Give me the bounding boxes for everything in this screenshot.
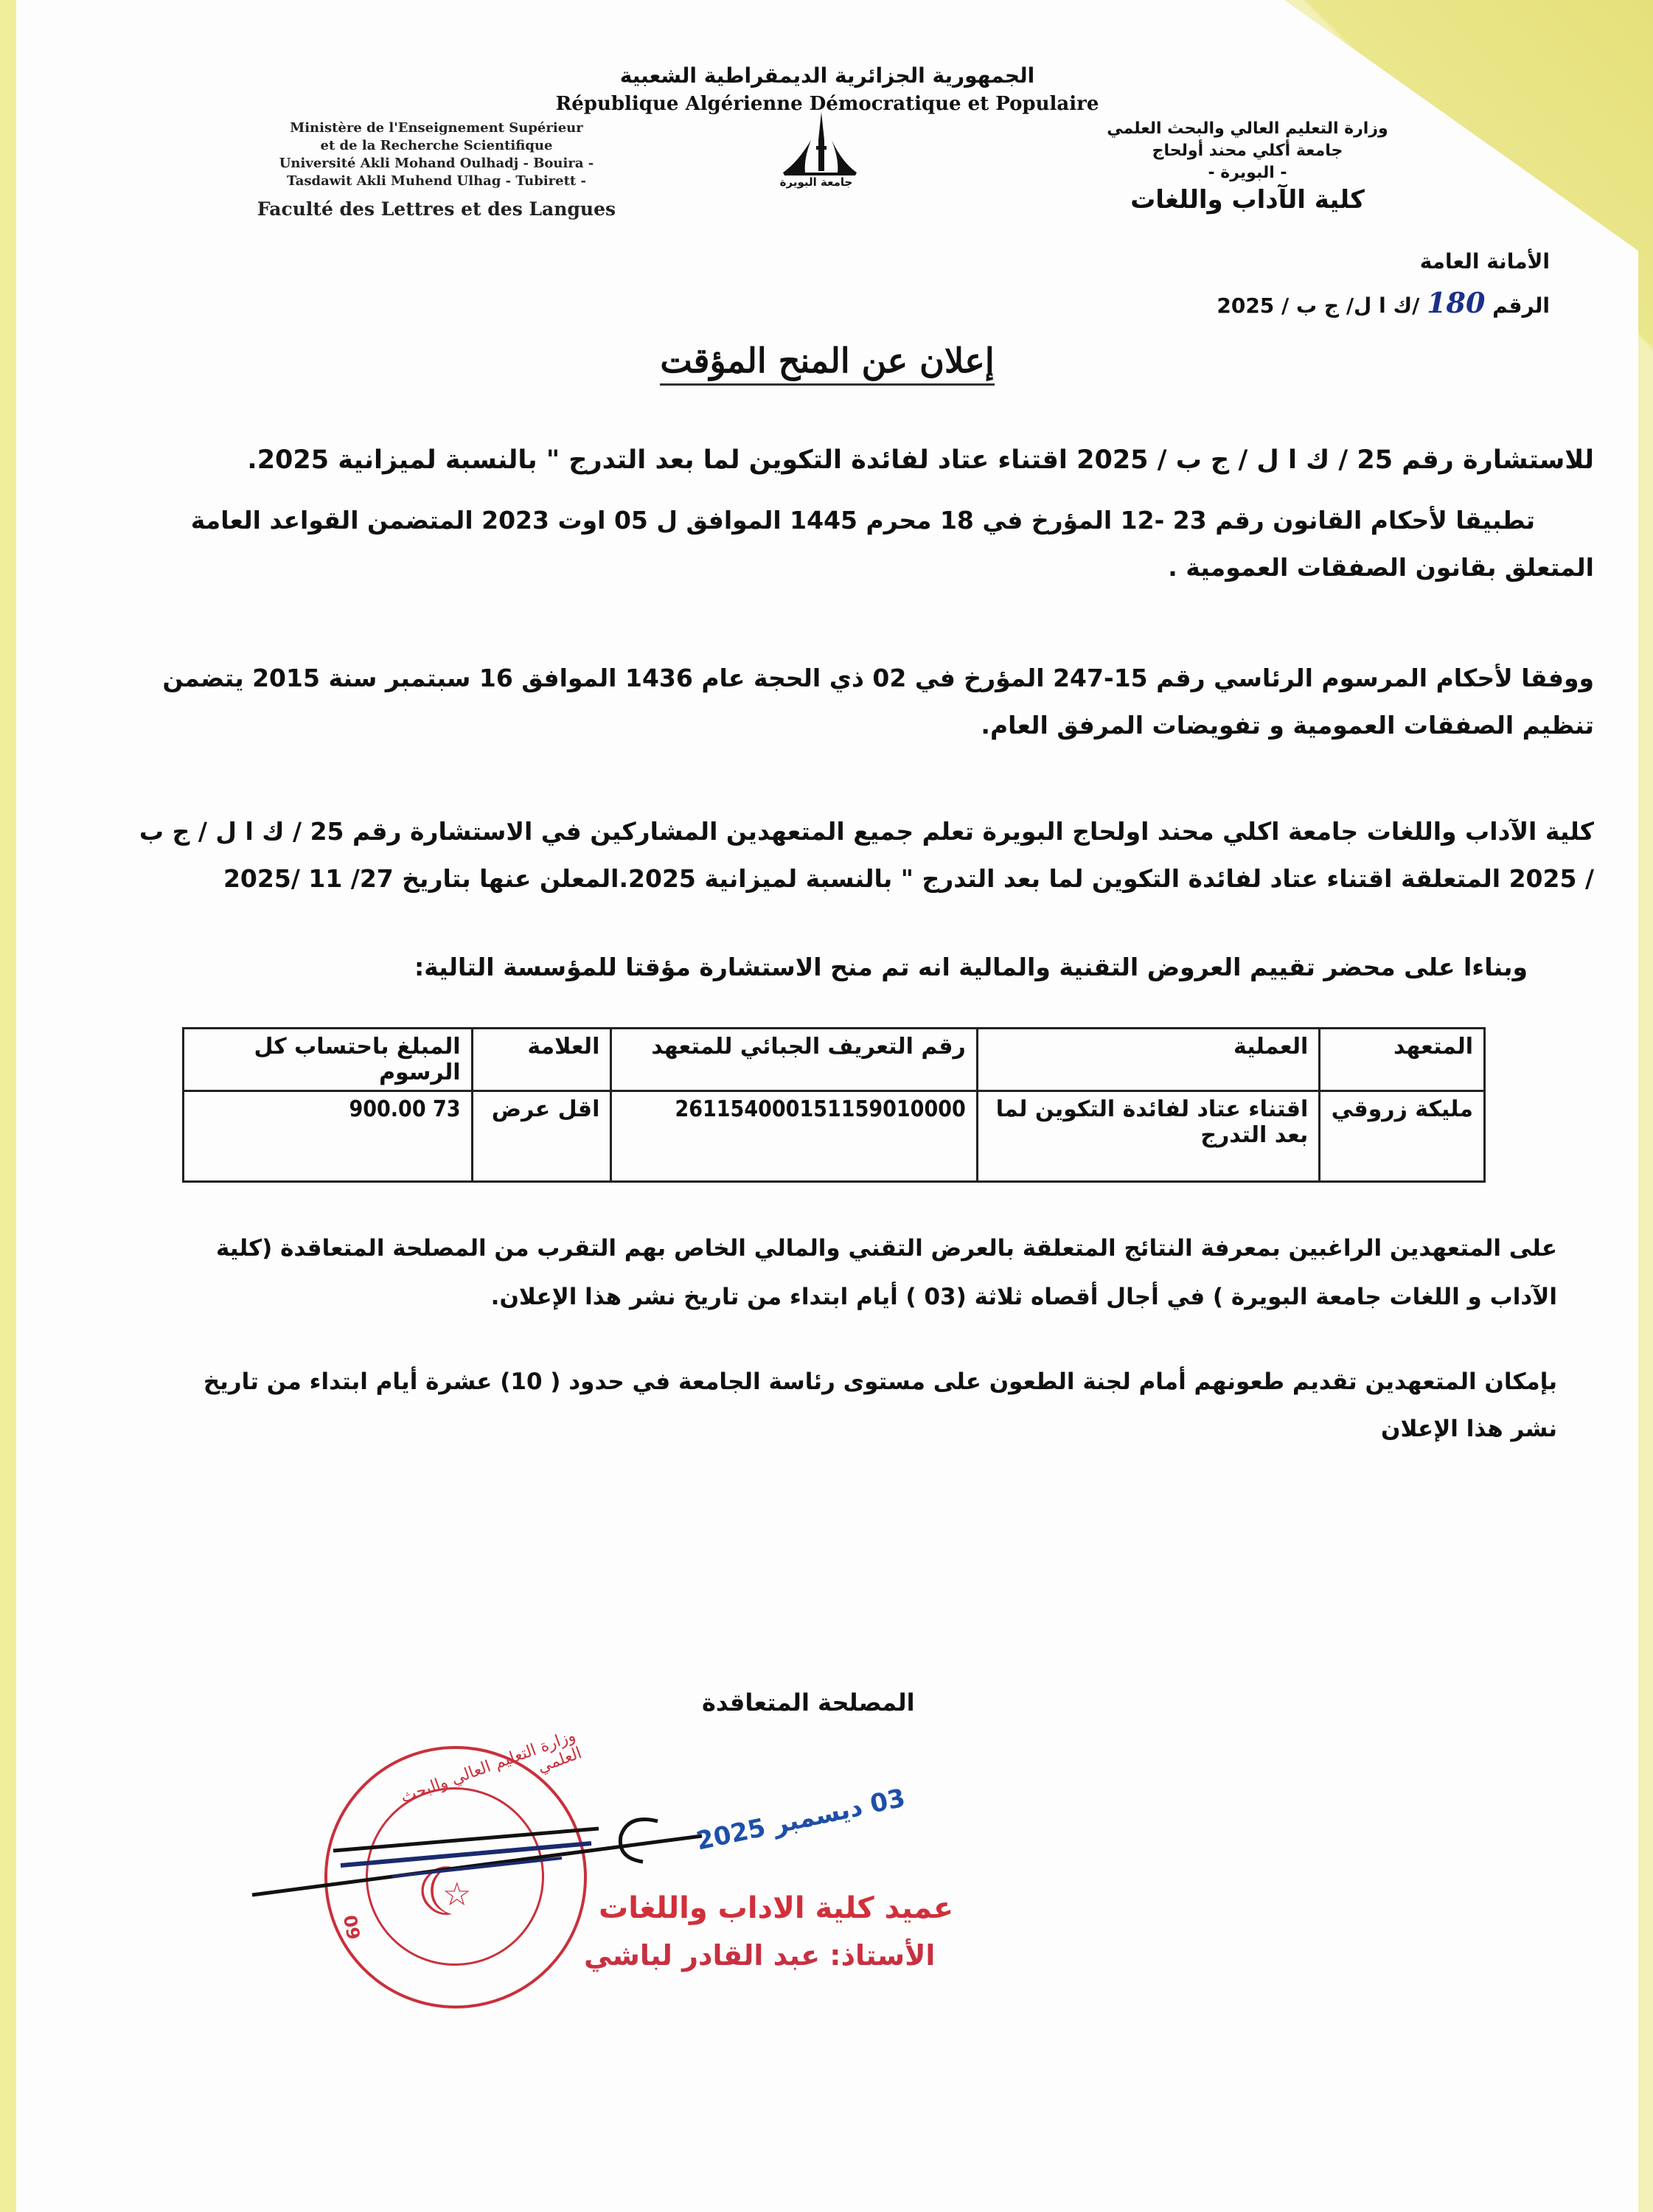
appeal-paragraph: بإمكان المتعهدين تقديم طعونهم أمام لجنة … [156, 1358, 1557, 1453]
table-header-row: المتعهد العملية رقم التعريف الجبائي للمت… [184, 1029, 1485, 1091]
header-operation: العملية [977, 1029, 1320, 1091]
ministry-fr-line2: et de la Recherche Scientifique [208, 137, 665, 155]
university-ar: جامعة أكلي محند أولحاج [1019, 140, 1476, 162]
logo-caption: جامعة البويرة [776, 175, 857, 189]
handwritten-number: 180 [1427, 286, 1485, 319]
header-mark: العلامة [472, 1029, 611, 1091]
university-berber: Tasdawit Akli Muhend Ulhag - Tubirett - [208, 173, 665, 190]
republic-name-ar: الجمهورية الجزائرية الديمقراطية الشعبية [503, 63, 1152, 88]
city-ar: - البويرة - [1019, 162, 1476, 184]
document-page: الجمهورية الجزائرية الديمقراطية الشعبية … [16, 0, 1638, 2212]
cell-tax-id: 261154000151159010000 [611, 1091, 977, 1182]
cell-amount: 73 900.00 [184, 1091, 473, 1182]
reference-number: الرقم 180 /ك ا ل/ ج ب / 2025 [1217, 286, 1550, 319]
law-paragraph: تطبيقا لأحكام القانون رقم 23 -12 المؤرخ … [171, 497, 1594, 591]
reference-label: الرقم [1492, 293, 1550, 318]
ministry-ar: وزارة التعليم العالي والبحث العلمي [1019, 118, 1476, 140]
table-row: مليكة زروقي اقتناء عتاد لفائدة التكوين ل… [184, 1091, 1485, 1182]
award-table: المتعهد العملية رقم التعريف الجبائي للمت… [182, 1027, 1486, 1183]
header-left-fr: Ministère de l'Enseignement Supérieur et… [208, 119, 665, 218]
stamp-code: 09 [339, 1913, 363, 1941]
faculty-paragraph: كلية الآداب واللغات جامعة اكلي محند اولح… [127, 808, 1594, 902]
department-label: الأمانة العامة [1420, 249, 1550, 274]
ministry-fr-line1: Ministère de l'Enseignement Supérieur [208, 119, 665, 137]
cell-operation: اقتناء عتاد لفائدة التكوين لما بعد التدر… [977, 1091, 1320, 1182]
cell-bidder: مليكة زروقي [1320, 1091, 1485, 1182]
cell-mark: اقل عرض [472, 1091, 611, 1182]
dean-name: الأستاذ: عبد القادر لباشي [584, 1939, 935, 1972]
faculty-fr: Faculté des Lettres et des Langues [208, 201, 665, 218]
results-paragraph: على المتعهدين الراغبين بمعرفة النتائج ال… [160, 1224, 1557, 1321]
subject-line: للاستشارة رقم 25 / ك ا ل / ج ب / 2025 اق… [178, 437, 1594, 484]
table-intro: وبناءا على محضر تقييم العروض التقنية وال… [414, 944, 1528, 991]
header-amount: المبلغ باحتساب كل الرسوم [184, 1029, 473, 1091]
header-tax-id: رقم التعريف الجبائي للمتعهد [611, 1029, 977, 1091]
decree-paragraph: ووفقا لأحكام المرسوم الرئاسي رقم 15-247 … [156, 655, 1594, 749]
document-title: إعلان عن المنح المؤقت [16, 341, 1638, 380]
faculty-ar: كلية الآداب واللغات [1019, 189, 1476, 211]
reference-suffix: /ك ا ل/ ج ب / 2025 [1217, 293, 1419, 318]
contracting-service-label: المصلحة المتعاقدة [702, 1688, 915, 1717]
document-title-text: إعلان عن المنح المؤقت [660, 341, 994, 386]
law-paragraph-text: تطبيقا لأحكام القانون رقم 23 -12 المؤرخ … [191, 506, 1594, 582]
header-bidder: المتعهد [1320, 1029, 1485, 1091]
dean-title: عميد كلية الاداب واللغات [599, 1891, 953, 1925]
header-right-ar: وزارة التعليم العالي والبحث العلمي جامعة… [1019, 118, 1476, 211]
date-stamp: 03 ديسمبر 2025 [694, 1783, 908, 1856]
university-fr: Université Akli Mohand Oulhadj - Bouira … [208, 155, 665, 173]
